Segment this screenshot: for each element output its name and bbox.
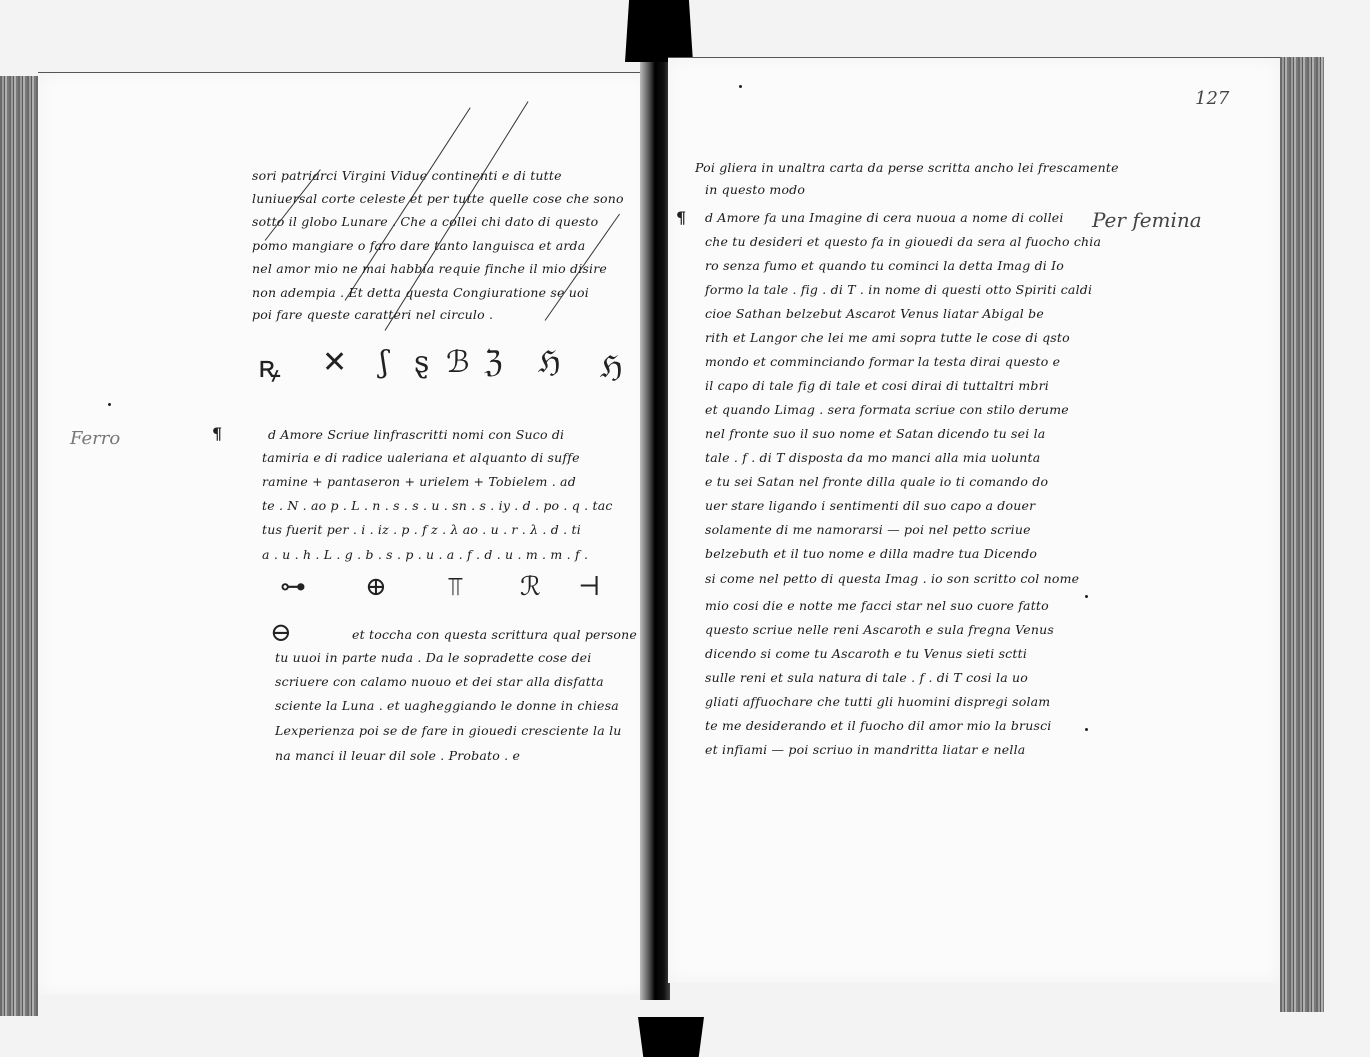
- text-line: sciente la Luna . et uagheggiando le don…: [275, 698, 619, 713]
- text-line: e tu sei Satan nel fronte dilla quale io…: [705, 474, 1048, 489]
- magic-character-glyph: ℌ: [538, 345, 561, 380]
- text-line: ramine + pantaseron + urielem + Tobielem…: [262, 474, 576, 489]
- text-line: sotto il globo Lunare . Che a collei chi…: [252, 214, 598, 229]
- magic-character-glyph: ꝶ: [258, 345, 281, 386]
- text-line: uer stare ligando i sentimenti dil suo c…: [705, 498, 1035, 513]
- text-line: nel amor mio ne mai habbia requie finche…: [252, 261, 607, 276]
- text-line: dicendo si come tu Ascaroth e tu Venus s…: [705, 646, 1027, 661]
- text-line: pomo mangiare o faro dare tanto languisc…: [252, 238, 585, 253]
- ink-dot: [1085, 728, 1088, 731]
- text-line: ro senza fumo et quando tu cominci la de…: [705, 258, 1064, 273]
- paragraph-mark: ¶: [676, 208, 686, 227]
- text-line: in questo modo: [705, 182, 805, 197]
- text-line: luniuersal corte celeste et per tutte qu…: [252, 191, 624, 206]
- text-line: sulle reni et sula natura di tale . f . …: [705, 670, 1028, 685]
- text-line: belzebuth et il tuo nome e dilla madre t…: [705, 546, 1037, 561]
- magic-character-glyph: ȿ: [414, 345, 429, 380]
- paragraph-mark: ¶: [212, 424, 222, 443]
- magic-character-glyph: ⊖: [270, 618, 292, 648]
- text-line: solamente di me namorarsi — poi nel pett…: [705, 522, 1031, 537]
- magic-character-glyph: ⊶: [280, 572, 306, 602]
- text-line: rith et Langor che lei me ami sopra tutt…: [705, 330, 1070, 345]
- magic-character-glyph: ✕: [322, 345, 347, 380]
- text-line: tamiria e di radice ualeriana et alquant…: [262, 450, 580, 465]
- text-line: il capo di tale fig di tale et cosi dira…: [705, 378, 1049, 393]
- text-line: mondo et comminciando formar la testa di…: [705, 354, 1060, 369]
- text-line: cioe Sathan belzebut Ascarot Venus liata…: [705, 306, 1044, 321]
- magic-character-glyph: ⊕: [365, 572, 387, 602]
- text-line: et infiami — poi scriuo in mandritta lia…: [705, 742, 1025, 757]
- text-line: te me desiderando et il fuocho dil amor …: [705, 718, 1052, 733]
- right-page-edges: [1280, 57, 1324, 1012]
- text-line: non adempia . Et detta questa Congiurati…: [252, 285, 589, 300]
- magic-character-glyph: ⫪: [448, 572, 463, 603]
- left-page-edges: [0, 76, 38, 1016]
- book-gutter: [640, 60, 670, 1000]
- text-line: sori patriarci Virgini Vidue continenti …: [252, 168, 562, 183]
- ink-dot: [739, 85, 742, 88]
- text-line: a . u . h . L . g . b . s . p . u . a . …: [262, 547, 588, 562]
- text-line: d Amore Scriue linfrascritti nomi con Su…: [268, 427, 564, 442]
- bookmark-ribbon-bottom: [638, 1017, 704, 1057]
- text-line: scriuere con calamo nuouo et dei star al…: [275, 674, 604, 689]
- magic-character-glyph: ℬ: [446, 345, 470, 380]
- text-line: tus fuerit per . i . iz . p . f z . λ ao…: [262, 522, 581, 537]
- text-line: questo scriue nelle reni Ascaroth e sula…: [705, 622, 1054, 637]
- magic-character-glyph: ℨ: [484, 345, 503, 380]
- ink-dot: [108, 403, 111, 406]
- magic-character-glyph: ℌ: [600, 350, 623, 385]
- folio-number: 127: [1195, 88, 1229, 109]
- bookmark-ribbon-top: [625, 0, 693, 62]
- text-line: poi fare queste caratteri nel circulo .: [252, 307, 493, 322]
- magic-character-glyph: ℛ: [520, 572, 541, 602]
- text-line: te . N . ao p . L . n . s . s . u . sn .…: [262, 498, 613, 513]
- text-line: gliati affuochare che tutti gli huomini …: [705, 694, 1050, 709]
- text-line: nel fronte suo il suo nome et Satan dice…: [705, 426, 1045, 441]
- right-margin-note: Per femina: [1092, 208, 1202, 232]
- magic-character-glyph: ʃ: [380, 345, 388, 380]
- text-line: si come nel petto di questa Imag . io so…: [705, 571, 1079, 586]
- text-line: formo la tale . fig . di T . in nome di …: [705, 282, 1092, 297]
- magic-character-glyph: ⊣: [578, 572, 600, 602]
- ink-dot: [1085, 595, 1088, 598]
- text-line: d Amore fa una Imagine di cera nuoua a n…: [705, 210, 1064, 225]
- text-line: tu uuoi in parte nuda . Da le sopradette…: [275, 650, 591, 665]
- text-line: tale . f . di T disposta da mo manci all…: [705, 450, 1040, 465]
- text-line: Lexperienza poi se de fare in giouedi cr…: [275, 723, 622, 738]
- left-margin-note: Ferro: [70, 428, 120, 449]
- text-line: na manci il leuar dil sole . Probato . e: [275, 748, 520, 763]
- text-line: che tu desideri et questo fa in giouedi …: [705, 234, 1101, 249]
- text-line: mio cosi die e notte me facci star nel s…: [705, 598, 1049, 613]
- text-line: et quando Limag . sera formata scriue co…: [705, 402, 1069, 417]
- text-line: et toccha con questa scrittura qual pers…: [352, 627, 637, 642]
- text-line: Poi gliera in unaltra carta da perse scr…: [695, 160, 1119, 175]
